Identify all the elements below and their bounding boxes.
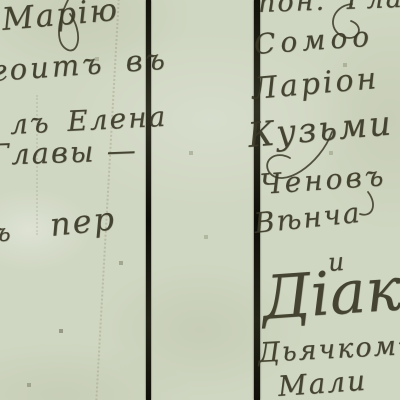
handwriting-line: Кузьми	[246, 103, 394, 156]
handwriting-line: Ларіон	[250, 61, 380, 107]
handwriting-line: пер	[48, 199, 118, 244]
handwriting-line: пон. Гла	[257, 0, 400, 19]
handwriting-line: Дьячкомъ	[257, 330, 400, 369]
handwriting-line: Главы —	[0, 133, 138, 172]
manuscript-page: Марію гоитъ въ лъ Елена Главы — ъ пер по…	[0, 0, 400, 400]
handwriting-line: Марію	[0, 0, 120, 38]
handwriting-line: Ченовъ	[259, 159, 387, 201]
handwriting-line: ъ	[0, 218, 11, 247]
flourish-stroke	[360, 192, 373, 215]
signature-flourish: Діак	[260, 254, 400, 334]
handwriting-line: Вѣнча	[252, 196, 363, 240]
handwriting-line: Сомоо	[253, 20, 375, 61]
handwriting-line: Мали	[277, 364, 368, 400]
handwriting-line: гоитъ въ	[0, 42, 169, 88]
